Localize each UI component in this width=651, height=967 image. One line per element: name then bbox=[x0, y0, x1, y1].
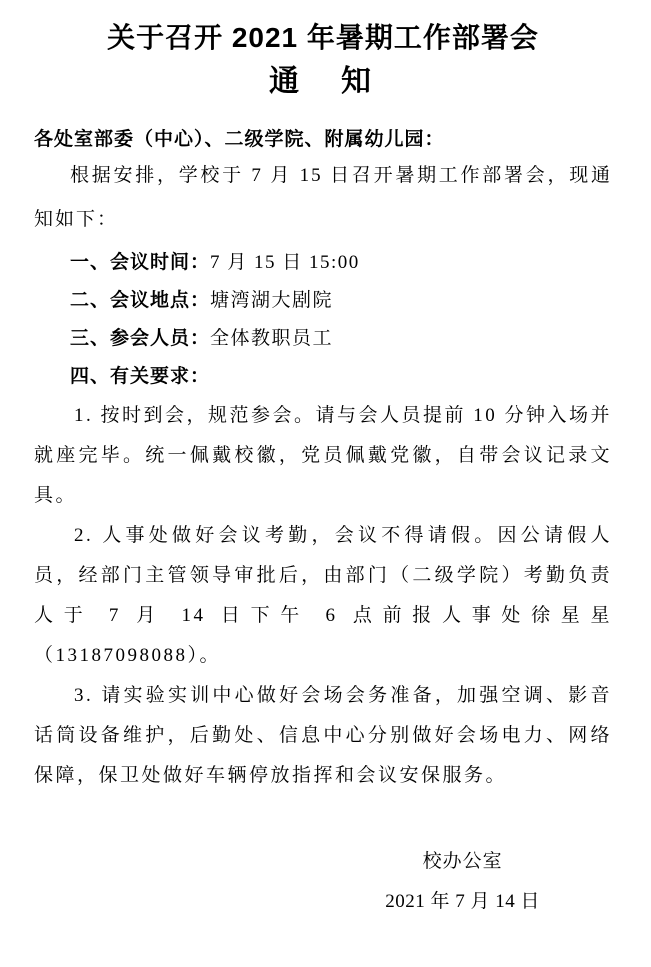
meeting-item-attendees: 三、参会人员：全体教职员工 bbox=[34, 320, 612, 358]
meeting-item-location-value: 塘湾湖大剧院 bbox=[210, 290, 333, 311]
meeting-item-attendees-label: 三、参会人员： bbox=[70, 328, 210, 349]
meeting-item-requirements-label: 四、有关要求： bbox=[70, 366, 210, 387]
signature-date: 2021 年 7 月 14 日 bbox=[385, 882, 540, 922]
salutation: 各处室部委（中心）、二级学院、附属幼儿园： bbox=[34, 126, 612, 154]
meeting-item-attendees-value: 全体教职员工 bbox=[210, 328, 333, 349]
notice-document-page: 关于召开 2021 年暑期工作部署会 通 知 各处室部委（中心）、二级学院、附属… bbox=[0, 0, 651, 967]
signature-office: 校办公室 bbox=[385, 842, 540, 882]
requirement-paragraph-1: 1. 按时到会，规范参会。请与会人员提前 10 分钟入场并就座完毕。统一佩戴校徽… bbox=[34, 396, 612, 516]
intro-paragraph: 根据安排，学校于 7 月 15 日召开暑期工作部署会，现通知如下： bbox=[34, 154, 612, 242]
meeting-item-location: 二、会议地点：塘湾湖大剧院 bbox=[34, 282, 612, 320]
document-subtitle: 通 知 bbox=[34, 62, 612, 102]
requirements-section: 1. 按时到会，规范参会。请与会人员提前 10 分钟入场并就座完毕。统一佩戴校徽… bbox=[34, 396, 612, 796]
meeting-item-time: 一、会议时间：7 月 15 日 15:00 bbox=[34, 244, 612, 282]
meeting-item-time-value: 7 月 15 日 15:00 bbox=[210, 252, 360, 273]
document-title: 关于召开 2021 年暑期工作部署会 bbox=[34, 20, 612, 56]
meeting-item-location-label: 二、会议地点： bbox=[70, 290, 210, 311]
requirement-paragraph-3: 3. 请实验实训中心做好会场会务准备，加强空调、影音话筒设备维护，后勤处、信息中… bbox=[34, 676, 612, 796]
requirement-paragraph-2: 2. 人事处做好会议考勤，会议不得请假。因公请假人员，经部门主管领导审批后，由部… bbox=[34, 516, 612, 676]
signature-block: 校办公室 2021 年 7 月 14 日 bbox=[385, 842, 540, 922]
meeting-item-requirements-heading: 四、有关要求： bbox=[34, 358, 612, 396]
meeting-item-time-label: 一、会议时间： bbox=[70, 252, 210, 273]
meeting-info-list: 一、会议时间：7 月 15 日 15:00 二、会议地点：塘湾湖大剧院 三、参会… bbox=[34, 244, 612, 396]
